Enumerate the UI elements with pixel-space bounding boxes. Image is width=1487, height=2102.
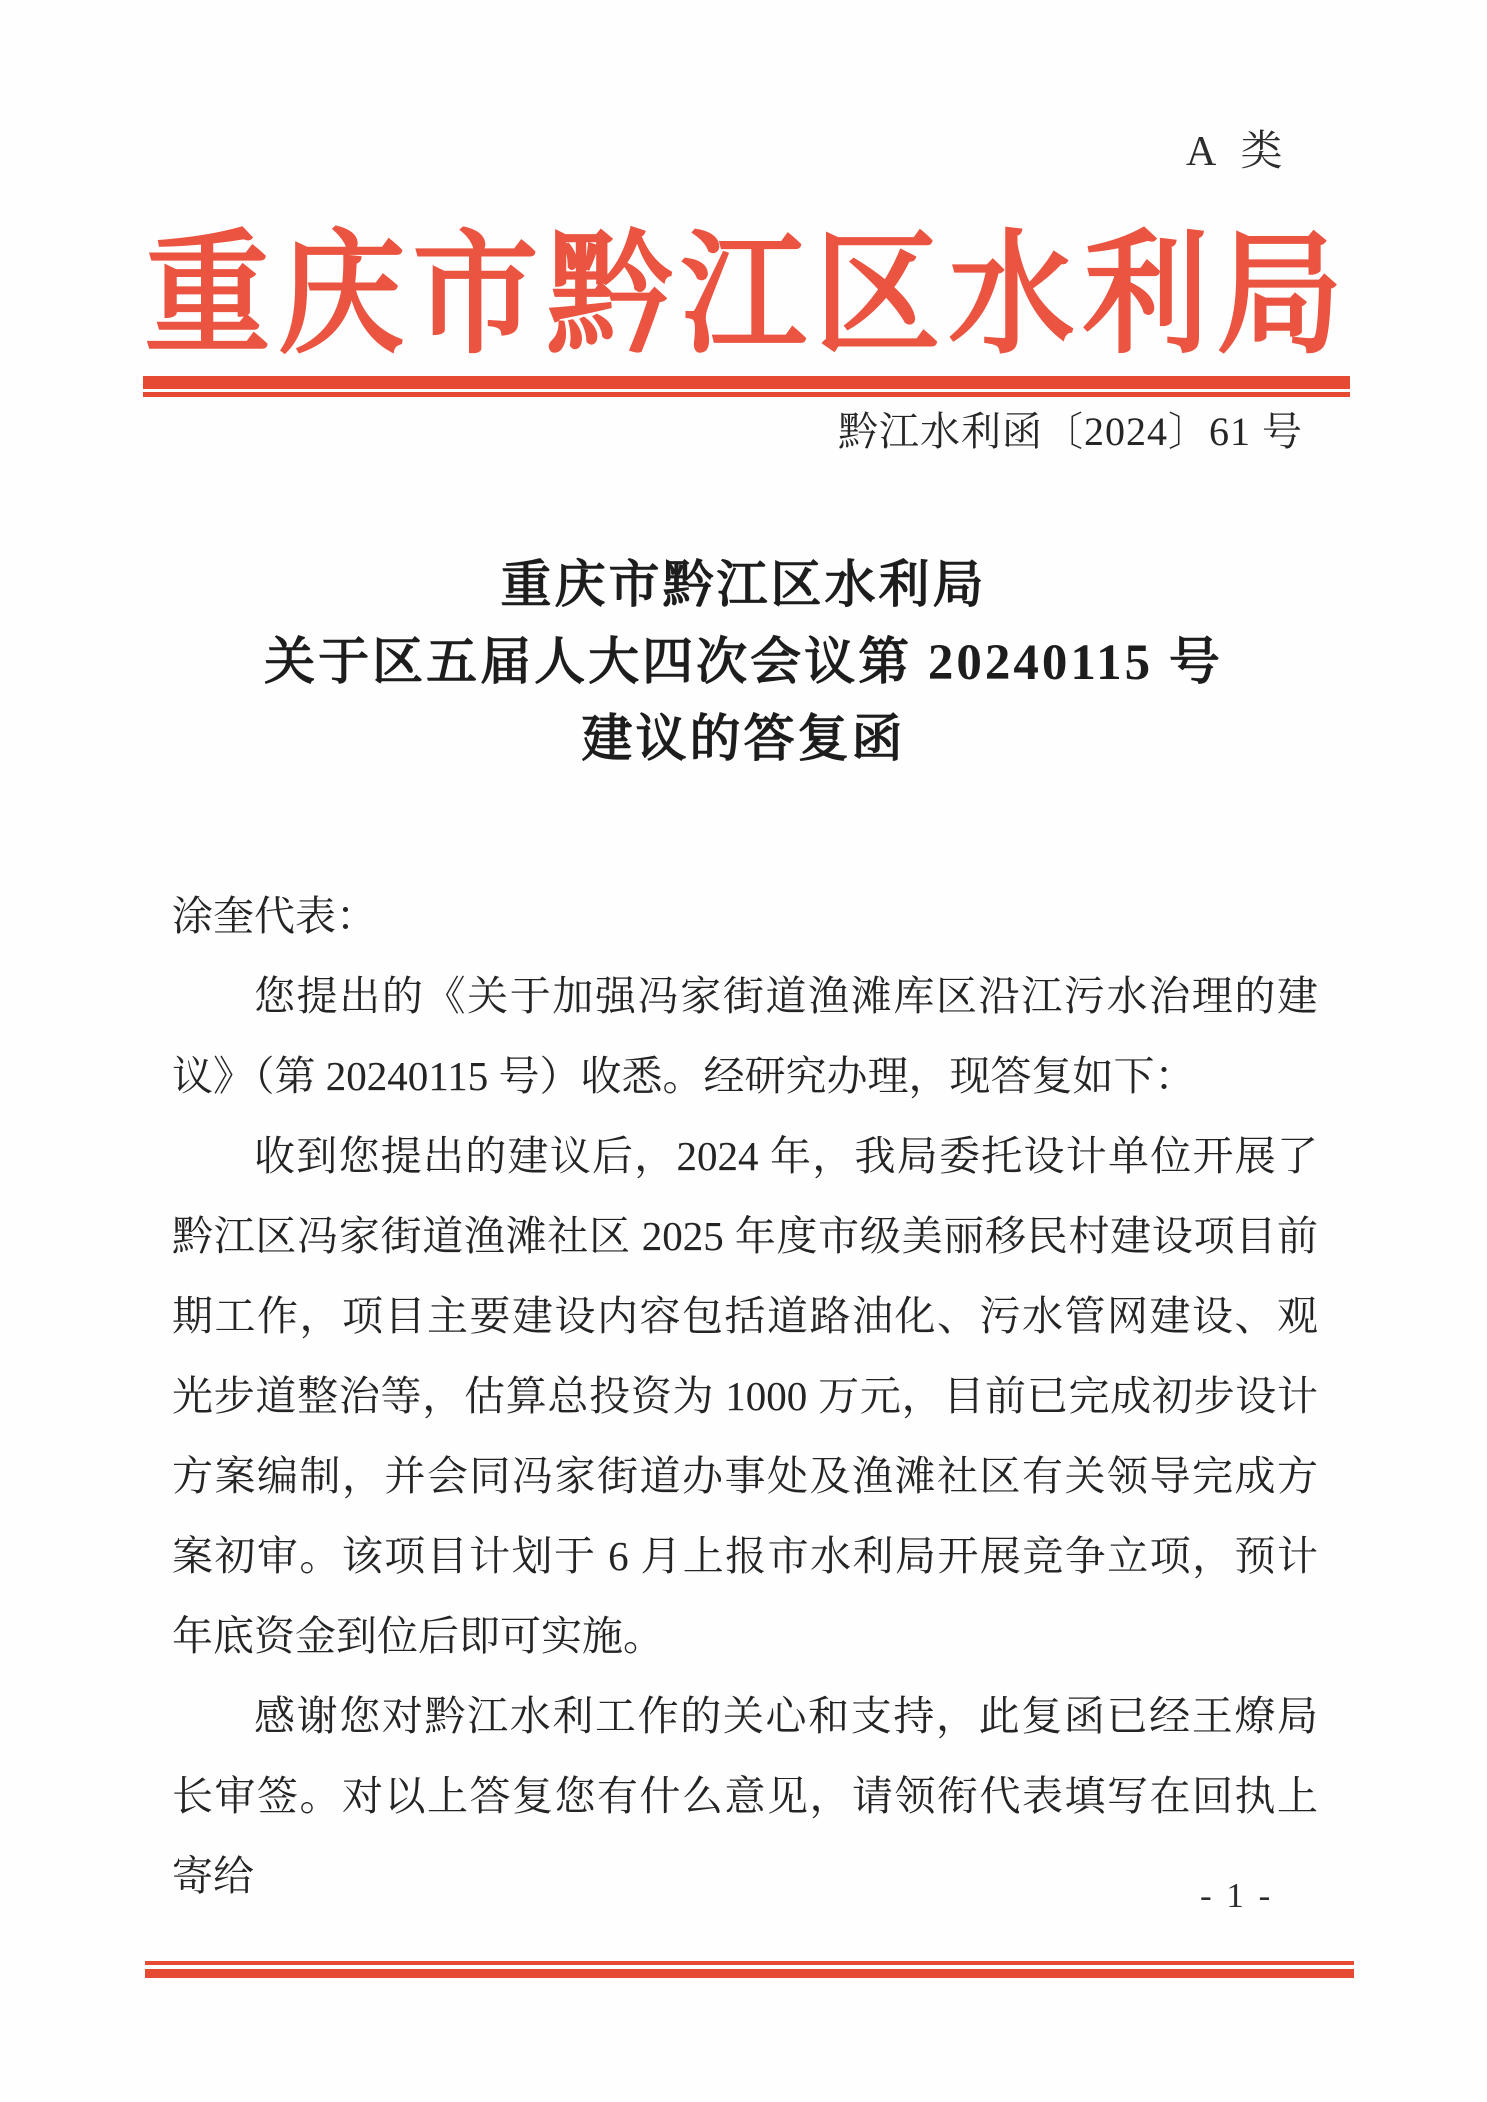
masthead-separator-line — [143, 376, 1350, 397]
separator-thick-bar — [145, 1969, 1354, 1978]
document-title-line-1: 重庆市黔江区水利局 — [0, 548, 1487, 625]
page-number: - 1 - — [1200, 1876, 1273, 1916]
masthead-org-name: 重庆市黔江区水利局 — [0, 188, 1487, 380]
body-paragraph: 收到您提出的建议后，2024 年，我局委托设计单位开展了黔江区冯家街道渔滩社区 … — [172, 1116, 1318, 1676]
classification-label: A 类 — [1186, 118, 1291, 178]
document-reference-number: 黔江水利函〔2024〕61 号 — [143, 400, 1303, 457]
separator-thin-bar — [143, 392, 1350, 397]
letter-body: 涂奎代表： 您提出的《关于加强冯家街道渔滩库区沿江污水治理的建议》（第 2024… — [172, 876, 1318, 1916]
document-title-line-2: 关于区五届人大四次会议第 20240115 号 — [0, 625, 1487, 702]
separator-thick-bar — [143, 376, 1350, 389]
body-paragraph: 您提出的《关于加强冯家街道渔滩库区沿江污水治理的建议》（第 20240115 号… — [172, 956, 1318, 1116]
body-paragraph: 感谢您对黔江水利工作的关心和支持，此复函已经王燎局长审签。对以上答复您有什么意见… — [172, 1676, 1318, 1916]
salutation: 涂奎代表： — [172, 876, 1318, 956]
document-title: 重庆市黔江区水利局 关于区五届人大四次会议第 20240115 号 建议的答复函 — [0, 548, 1487, 779]
document-title-line-3: 建议的答复函 — [0, 702, 1487, 779]
footer-separator-line — [145, 1961, 1354, 1978]
scanned-letter-page: A 类 重庆市黔江区水利局 黔江水利函〔2024〕61 号 重庆市黔江区水利局 … — [0, 0, 1487, 2102]
